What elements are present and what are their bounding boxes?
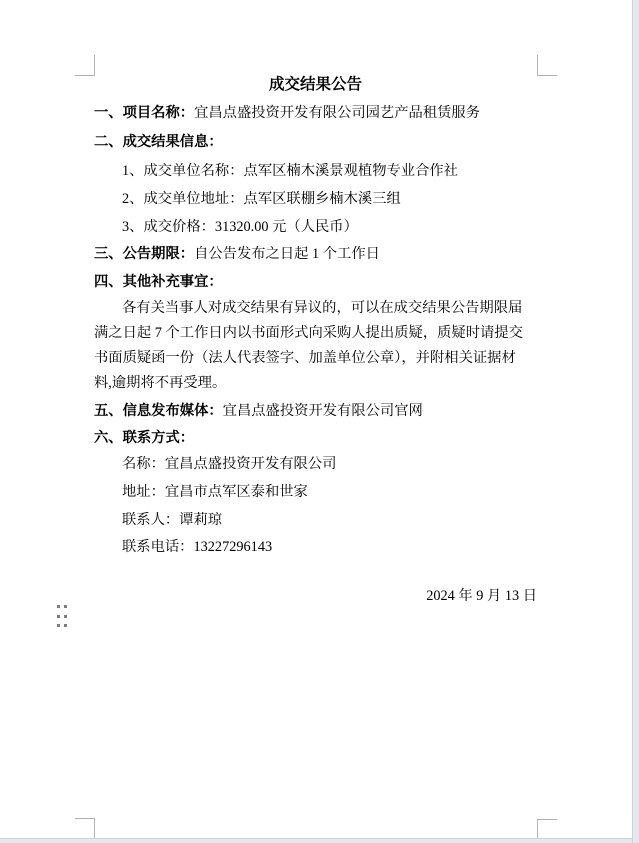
document-title: 成交结果公告 [94, 76, 537, 93]
margin-crop-mark-bottom-right [537, 819, 557, 840]
section-announcement-period-label: 三、公告期限： [94, 246, 194, 262]
handle-dot [64, 605, 67, 608]
vertical-scrollbar[interactable] [632, 0, 639, 843]
section-publish-media-text: 宜昌点盛投资开发有限公司官网 [223, 403, 423, 419]
drag-handle-dots[interactable] [57, 605, 67, 627]
result-item-price: 3、成交价格：31320.00 元（人民币） [94, 219, 537, 236]
section-project-name-label: 一、项目名称： [94, 105, 194, 121]
handle-dot [57, 605, 60, 608]
objection-paragraph-line-1: 各有关当事人对成交结果有异议的，可以在成交结果公告期限届 [94, 300, 537, 317]
objection-paragraph-line-2: 满之日起 7 个工作日内以书面形式向采购人提出质疑，质疑时请提交 [94, 325, 537, 342]
objection-paragraph-line-4: 料,逾期将不再受理。 [94, 375, 537, 392]
section-project-name: 一、项目名称：宜昌点盛投资开发有限公司园艺产品租赁服务 [94, 105, 537, 122]
section-contact-label: 六、联系方式： [94, 430, 537, 447]
document-page: 成交结果公告 一、项目名称：宜昌点盛投资开发有限公司园艺产品租赁服务 二、成交结… [0, 0, 639, 843]
contact-name: 名称：宜昌点盛投资开发有限公司 [94, 456, 537, 473]
margin-crop-mark-top-left [75, 55, 95, 76]
contact-address: 地址：宜昌市点军区泰和世家 [94, 484, 537, 501]
handle-dot [57, 624, 60, 627]
section-publish-media-label: 五、信息发布媒体： [94, 403, 223, 419]
section-project-name-text: 宜昌点盛投资开发有限公司园艺产品租赁服务 [194, 105, 480, 121]
section-publish-media: 五、信息发布媒体：宜昌点盛投资开发有限公司官网 [94, 403, 537, 420]
result-item-supplier-address: 2、成交单位地址：点军区联棚乡楠木溪三组 [94, 191, 537, 208]
handle-dot [64, 615, 67, 618]
contact-person: 联系人：谭莉琼 [94, 512, 537, 529]
result-item-supplier-name: 1、成交单位名称：点军区楠木溪景观植物专业合作社 [94, 163, 537, 180]
document-content: 成交结果公告 一、项目名称：宜昌点盛投资开发有限公司园艺产品租赁服务 二、成交结… [94, 0, 537, 843]
objection-paragraph-line-3: 书面质疑函一份（法人代表签字、加盖单位公章），并附相关证据材 [94, 350, 537, 367]
margin-crop-mark-top-right [537, 55, 557, 76]
section-result-info-label: 二、成交结果信息： [94, 134, 537, 151]
horizontal-scrollbar[interactable] [0, 838, 632, 843]
contact-phone: 联系电话：13227296143 [94, 539, 537, 556]
section-announcement-period-text: 自公告发布之日起 1 个工作日 [194, 246, 380, 262]
section-announcement-period: 三、公告期限：自公告发布之日起 1 个工作日 [94, 246, 537, 263]
handle-dot [57, 615, 60, 618]
section-other-matters-label: 四、其他补充事宜： [94, 274, 537, 291]
handle-dot [64, 624, 67, 627]
margin-crop-mark-bottom-left [75, 818, 95, 839]
document-date: 2024 年 9 月 13 日 [94, 588, 537, 605]
